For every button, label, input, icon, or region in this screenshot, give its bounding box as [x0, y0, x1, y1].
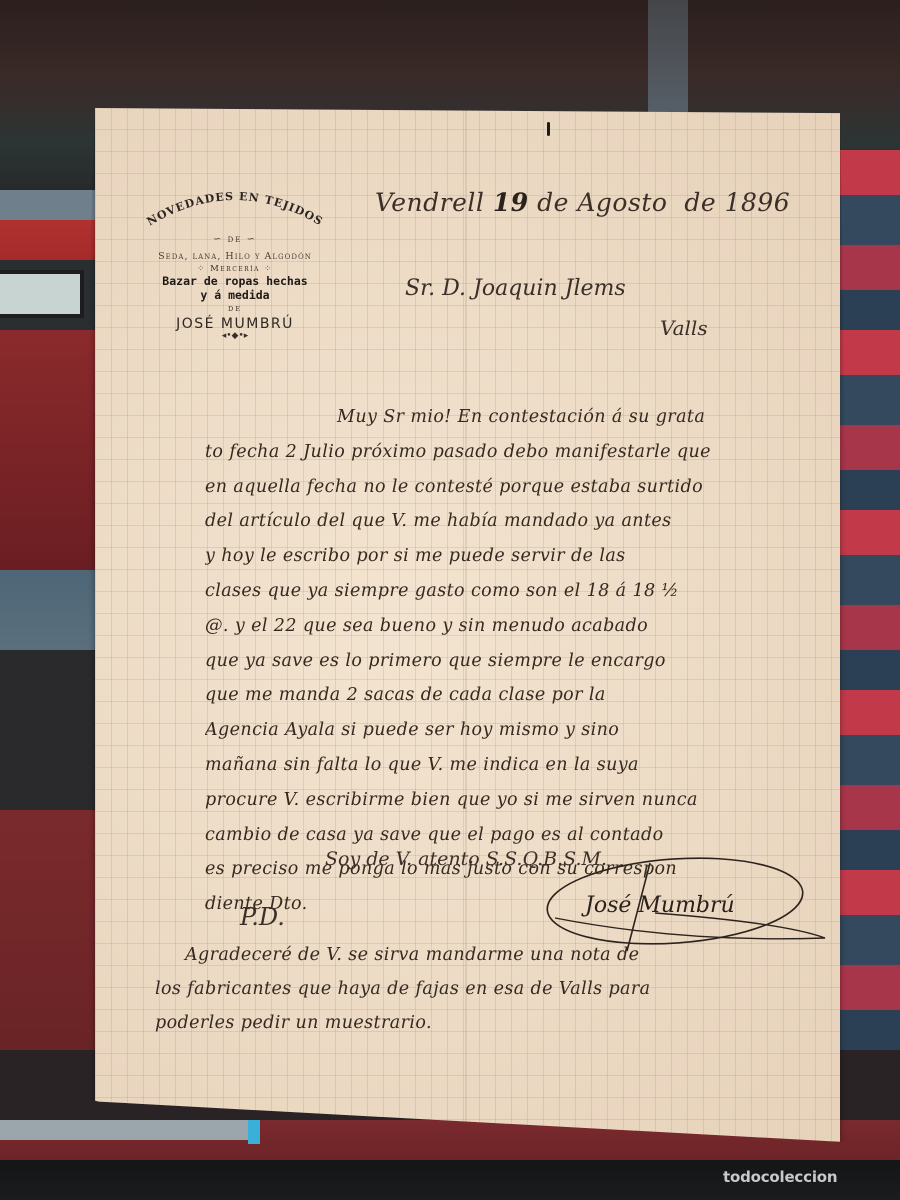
- background-card-tab: [248, 1120, 260, 1144]
- background-card: [0, 1120, 260, 1140]
- letterhead: NOVEDADES EN TEJIDOS ∽ DE ∽ Seda, lana, …: [115, 178, 355, 341]
- postscript-line: los fabricantes que haya de fajas en esa…: [155, 972, 835, 1006]
- letterhead-bazar-line1: Bazar de ropas hechas: [115, 275, 355, 288]
- date-year: 1896: [725, 188, 791, 217]
- svg-text:NOVEDADES EN TEJIDOS: NOVEDADES EN TEJIDOS: [145, 190, 326, 228]
- postscript-body: Agradeceré de V. se sirva mandarme una n…: [155, 938, 835, 1040]
- letterhead-de: ∽ DE ∽: [115, 234, 355, 245]
- flourish-icon: ∽: [213, 234, 223, 245]
- body-line: procure V. escribirme bien que yo si me …: [205, 783, 850, 818]
- date-de-2: de: [684, 188, 716, 217]
- ornament-divider-icon: ◂•◆•▸: [115, 331, 355, 341]
- date-line: Vendrell 19 de Agosto de 1896: [375, 188, 790, 217]
- postscript-line: Agradeceré de V. se sirva mandarme una n…: [155, 938, 835, 972]
- ink-mark: [547, 122, 550, 136]
- body-line: del artículo del que V. me había mandado…: [205, 504, 850, 539]
- signature-name: José Mumbrú: [585, 893, 735, 918]
- body-line: Muy Sr mio! En contestación á su grata: [205, 400, 850, 435]
- date-place: Vendrell: [375, 188, 484, 217]
- date-de: de: [537, 188, 569, 217]
- body-line: mañana sin falta lo que V. me indica en …: [205, 748, 850, 783]
- body-line: en aquella fecha no le contesté porque e…: [205, 470, 850, 505]
- ornament-right-icon: ⁘: [260, 264, 273, 274]
- body-line: @. y el 22 que sea bueno y sin menudo ac…: [205, 609, 850, 644]
- letterhead-de-2: DE: [115, 305, 355, 313]
- letterhead-merceria: ⁘ Mercería ⁘: [115, 264, 355, 274]
- recipient-city: Valls: [660, 316, 708, 340]
- letterhead-bazar-line2: y á medida: [115, 289, 355, 302]
- postscript-label: P.D.: [240, 903, 285, 931]
- body-line: y hoy le escribo por si me puede servir …: [205, 539, 850, 574]
- date-day: 19: [493, 188, 529, 217]
- body-line: que me manda 2 sacas de cada clase por l…: [205, 678, 850, 713]
- letterhead-materials: Seda, lana, Hilo y Algodón: [115, 251, 355, 262]
- body-line: clases que ya siempre gasto como son el …: [205, 574, 850, 609]
- ornament-left-icon: ⁘: [197, 264, 210, 274]
- flourish-icon: ∽: [247, 234, 257, 245]
- body-line: que ya save es lo primero que siempre le…: [205, 644, 850, 679]
- body-line: Agencia Ayala si puede ser hoy mismo y s…: [205, 713, 850, 748]
- background-left: [0, 190, 110, 1050]
- letterhead-proprietor-name: JOSÉ MUMBRÚ: [115, 316, 355, 332]
- watermark: todocoleccion: [723, 1168, 837, 1186]
- recipient-name: Sr. D. Joaquin Jlems: [405, 276, 626, 301]
- signature: José Mumbrú: [535, 843, 835, 953]
- body-line: to fecha 2 Julio próximo pasado debo man…: [205, 435, 850, 470]
- letterhead-arc-title: NOVEDADES EN TEJIDOS: [115, 178, 355, 238]
- date-month: Agosto: [577, 188, 667, 217]
- background-window-shape: [0, 270, 84, 318]
- letter-sheet: NOVEDADES EN TEJIDOS ∽ DE ∽ Seda, lana, …: [95, 108, 840, 1143]
- postscript-line: poderles pedir un muestrario.: [155, 1006, 835, 1040]
